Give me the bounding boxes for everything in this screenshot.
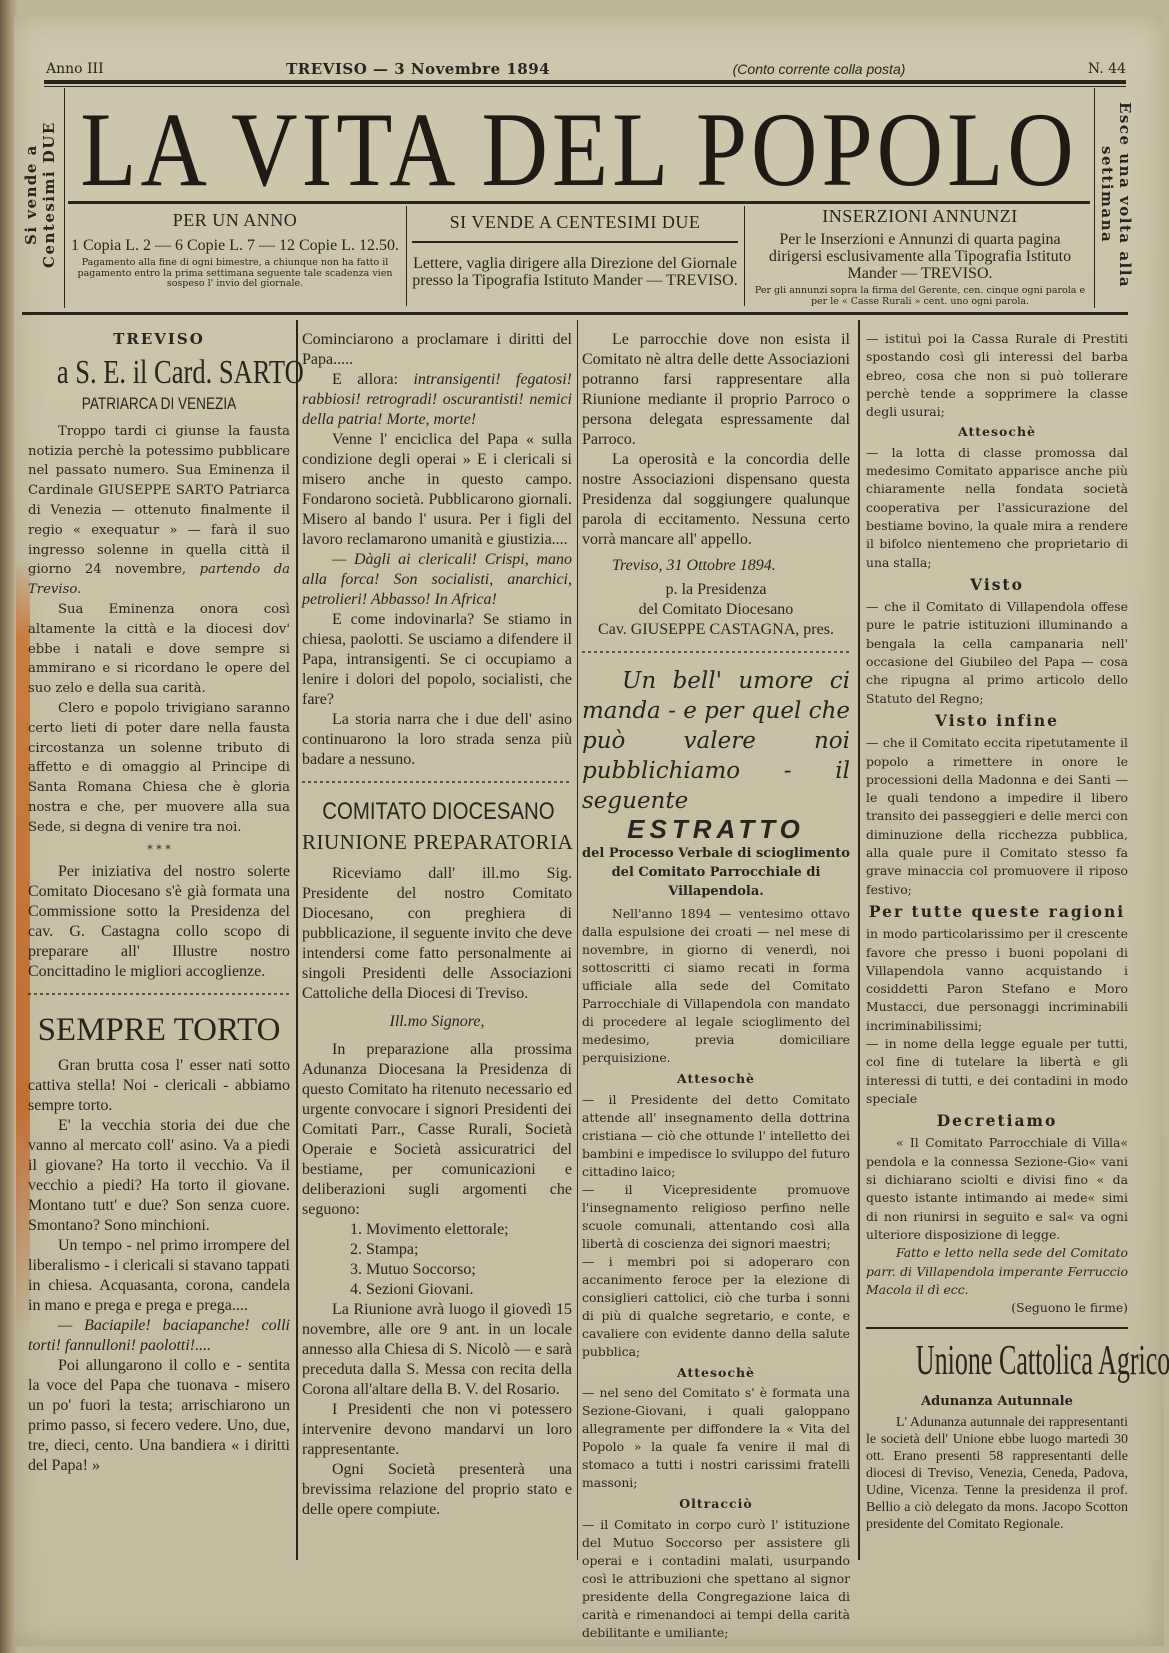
unione-text: L' Adunanza autunnale dei rappresentanti… <box>866 1414 1128 1533</box>
agenda-item: 2. Stampa; <box>350 1240 572 1260</box>
header-rule <box>44 80 1126 84</box>
ads-box-text: Per le Inserzioni e Annunzi di quarta pa… <box>752 231 1088 282</box>
sarto-subhead: PATRIARCA DI VENEZIA <box>54 392 264 416</box>
torto-continued: E come indovinarla? Se stiamo in chiesa,… <box>302 610 572 710</box>
torto-paragraph: — Baciapile! baciapanche! colli torti! f… <box>28 1316 290 1356</box>
subscription-note: Pagamento alla fine di ogni bimestre, a … <box>70 258 400 290</box>
price-box-text: Lettere, vaglia dirigere alla Direzione … <box>412 255 738 289</box>
column-3: Le parrocchie dove non esista il Comitat… <box>582 330 850 1642</box>
subscription-title: PER UN ANNO <box>70 210 400 231</box>
comitato-signature: p. la Presidenza del Comitato Diocesano … <box>582 580 850 640</box>
price-box: SI VENDE A CENTESIMI DUE Lettere, vaglia… <box>412 212 738 289</box>
estratto-decree: « Il Comitato Parrocchiale di Villa« pen… <box>866 1134 1128 1244</box>
column-2: Cominciarono a proclamare i diritti del … <box>302 330 572 1520</box>
estratto-section-label: Oltracciò <box>582 1494 850 1514</box>
estratto-intro: Un bell' umore ci manda - e per quel che… <box>582 666 850 816</box>
price-box-rule <box>412 241 738 243</box>
agenda-item: 3. Mutuo Soccorso; <box>350 1260 572 1280</box>
estratto-item: — nel seno del Comitato s' è formata una… <box>582 1384 850 1492</box>
sarto-paragraph: Per iniziativa del nostro solerte Comita… <box>28 862 290 982</box>
unione-subhead: Adunanza Autunnale <box>866 1393 1128 1411</box>
torto-paragraph: E' la vecchia storia dei due che vanno a… <box>28 1116 290 1236</box>
box-divider-1 <box>406 206 407 306</box>
estratto-item: — istituì poi la Cassa Rurale di Prestit… <box>866 330 1128 421</box>
column-4: — istituì poi la Cassa Rurale di Prestit… <box>866 330 1128 1533</box>
newspaper-title: LA VITA DEL POPOLO <box>64 92 1094 207</box>
torto-paragraph: Gran brutta cosa l' esser nati sotto cat… <box>28 1056 290 1116</box>
estratto-item: — il Comitato in corpo curò l' istituzio… <box>582 1516 850 1642</box>
comitato-dateline: Treviso, 31 Ottobre 1894. <box>582 556 850 576</box>
agenda-item: 1. Movimento elettorale; <box>350 1220 572 1240</box>
column-rule-1 <box>296 320 298 1560</box>
column-rule-2 <box>577 320 578 1560</box>
sarto-paragraph: Sua Eminenza onora così altamente la cit… <box>28 600 290 699</box>
ads-box-note: Per gli annunzi sopra la firma del Geren… <box>752 286 1088 307</box>
sarto-kicker: TREVISO <box>28 330 290 350</box>
header-rule-thin <box>44 86 1126 87</box>
subscription-prices: 1 Copia L. 2 — 6 Copie L. 7 — 12 Copie L… <box>70 237 400 254</box>
estratto-section-label: Attesochè <box>582 1363 850 1383</box>
estratto-closing: Fatto e letto nella sede del Comitato pa… <box>866 1244 1128 1299</box>
estratto-section-label: Visto <box>866 576 1128 594</box>
wavy-divider <box>28 993 290 995</box>
postal-note: (Conto corrente colla posta) <box>733 61 906 77</box>
estratto-item: in modo particolarissimo per il crescent… <box>866 925 1128 1035</box>
box-divider-2 <box>744 206 745 306</box>
torto-paragraph: Un tempo - nel primo irrompere del liber… <box>28 1236 290 1316</box>
comitato-paragraph: La operosità e la concordia delle nostre… <box>582 450 850 550</box>
estratto-item: — in nome della legge eguale per tutti, … <box>866 1035 1128 1108</box>
subscription-box: PER UN ANNO 1 Copia L. 2 — 6 Copie L. 7 … <box>70 210 400 290</box>
unione-headline: Unione Cattolica Agricola <box>916 1333 1078 1389</box>
column-rule-3 <box>858 320 860 1560</box>
ads-box: INSERZIONI ANNUNZI Per le Inserzioni e A… <box>752 206 1088 307</box>
comitato-paragraph: Le parrocchie dove non esista il Comitat… <box>582 330 850 450</box>
comitato-salutation: Ill.mo Signore, <box>302 1012 572 1032</box>
column-1: TREVISO a S. E. il Card. SARTO PATRIARCA… <box>28 330 290 1476</box>
sarto-paragraph: Clero e popolo trivigiano saranno certo … <box>28 699 290 838</box>
torto-headline: SEMPRE TORTO <box>28 1008 290 1052</box>
estratto-item: — che il Comitato di Villapendola offese… <box>866 598 1128 708</box>
estratto-section-label: Decretiamo <box>866 1112 1128 1130</box>
estratto-section-label: Attesochè <box>866 423 1128 441</box>
masthead-rule <box>68 201 1090 204</box>
comitato-agenda: 1. Movimento elettorale; 2. Stampa; 3. M… <box>302 1220 572 1300</box>
masthead-right-rule <box>1094 88 1095 308</box>
wavy-divider <box>582 651 850 653</box>
comitato-paragraph: I Presidenti che non vi potessero interv… <box>302 1400 572 1460</box>
dateline: TREVISO — 3 Novembre 1894 <box>286 60 550 78</box>
agenda-item: 4. Sezioni Giovani. <box>350 1280 572 1300</box>
estratto-item: — il Vicepresidente promuove l'insegname… <box>582 1181 850 1253</box>
estratto-item: — il Presidente del detto Comitato atten… <box>582 1091 850 1181</box>
estratto-signatures: (Seguono le firme) <box>866 1299 1128 1317</box>
issue-year: Anno III <box>46 61 104 77</box>
estratto-item: — che il Comitato eccita ripetutamente i… <box>866 734 1128 899</box>
estratto-opening: Nell'anno 1894 — ventesimo ottavo dalla … <box>582 905 850 1067</box>
estratto-headline: ESTRATTO <box>582 820 850 840</box>
estratto-item: — i membri poi si adoperaro con accanime… <box>582 1253 850 1361</box>
section-asterism: * * * <box>28 844 290 856</box>
issue-number: N. 44 <box>1088 61 1126 77</box>
comitato-paragraph: In preparazione alla prossima Adunanza D… <box>302 1040 572 1220</box>
torto-continued: — Dàgli ai clericali! Crispi, mano alla … <box>302 550 572 610</box>
comitato-intro: Riceviamo dall' ill.mo Sig. Presidente d… <box>302 864 572 1004</box>
price-box-title: SI VENDE A CENTESIMI DUE <box>412 212 738 233</box>
torto-continued: E allora: intransigenti! fegatosi! rabbi… <box>302 370 572 430</box>
dateline-bar: Anno III TREVISO — 3 Novembre 1894 (Cont… <box>46 58 1126 80</box>
torto-continued: Venne l' enciclica del Papa « sulla cond… <box>302 430 572 550</box>
comitato-headline: COMITATO DIOCESANO <box>322 796 552 828</box>
torto-paragraph: Poi allungarono il collo e - sentita la … <box>28 1356 290 1476</box>
side-frequency-note: Esce una volta alla settimana <box>1098 100 1134 290</box>
sarto-paragraph: Troppo tardi ci giunse la fausta notizia… <box>28 422 290 600</box>
side-price-note: Si vende a Centesimi DUE <box>22 100 58 290</box>
torto-continued: Cominciarono a proclamare i diritti del … <box>302 330 572 370</box>
section-rule <box>866 1327 1128 1329</box>
comitato-paragraph: Ogni Società presenterà una brevissima r… <box>302 1460 572 1520</box>
ads-box-title: INSERZIONI ANNUNZI <box>752 206 1088 227</box>
sarto-headline: a S. E. il Card. SARTO <box>57 354 261 392</box>
comitato-subhead: RIUNIONE PREPARATORIA <box>302 828 572 856</box>
wavy-divider <box>302 781 572 783</box>
comitato-paragraph: La Riunione avrà luogo il giovedì 15 nov… <box>302 1300 572 1400</box>
estratto-section-label: Per tutte queste ragioni <box>866 903 1128 921</box>
torto-continued: La storia narra che i due dell' asino co… <box>302 710 572 770</box>
estratto-section-label: Attesochè <box>582 1069 850 1089</box>
estratto-section-label: Visto infine <box>866 712 1128 730</box>
masthead-bottom-rule <box>22 312 1128 315</box>
estratto-subhead: del Processo Verbale di scioglimento del… <box>582 844 850 901</box>
estratto-item: — la lotta di classe promossa dal medesi… <box>866 444 1128 572</box>
